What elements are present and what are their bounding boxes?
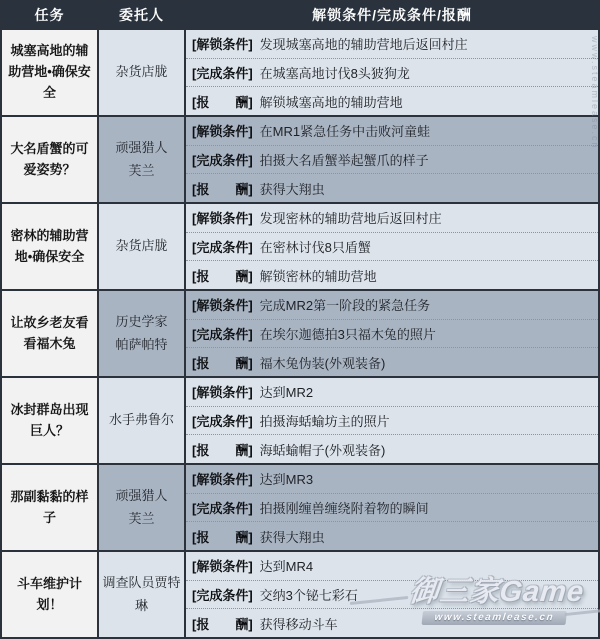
client-cell: 杂货店胧 [99, 204, 184, 289]
complete-text: 交纳3个铋七彩石 [260, 585, 358, 604]
complete-label: [完成条件] [192, 150, 253, 169]
reward-text: 解锁城塞高地的辅助营地 [260, 92, 403, 111]
conditions-cell: [解锁条件] 达到MR2 [完成条件] 拍摄海蛞蝓坊主的照片 [报 酬] 海蛞蝓… [186, 378, 598, 463]
complete-text: 在城塞高地讨伐8头狓狗龙 [260, 63, 410, 82]
unlock-label: [解锁条件] [192, 295, 253, 314]
client-name: 杂货店胧 [115, 235, 167, 257]
unlock-text: 在MR1紧急任务中击败河童蛙 [260, 121, 430, 140]
complete-text: 拍摄海蛞蝓坊主的照片 [260, 411, 390, 430]
unlock-text: 发现城塞高地的辅助营地后返回村庄 [260, 34, 468, 53]
reward-label: [报 酬] [192, 92, 253, 111]
unlock-condition: [解锁条件] 发现密林的辅助营地后返回村庄 [186, 204, 598, 232]
unlock-condition: [解锁条件] 达到MR2 [186, 378, 598, 406]
client-name: 帕萨帕特 [115, 334, 167, 356]
client-cell: 历史学家 帕萨帕特 [99, 291, 184, 376]
complete-condition: [完成条件] 交纳3个铋七彩石 [186, 580, 598, 609]
conditions-cell: [解锁条件] 达到MR4 [完成条件] 交纳3个铋七彩石 [报 酬] 获得移动斗… [186, 552, 598, 637]
reward-label: [报 酬] [192, 266, 253, 285]
task-cell: 让故乡老友看看福木兔 [2, 291, 97, 376]
reward-text: 福木兔伪装(外观装备) [260, 353, 386, 372]
reward-text: 解锁密林的辅助营地 [260, 266, 377, 285]
reward-label: [报 酬] [192, 527, 253, 546]
client-name: 水手弗鲁尔 [109, 409, 174, 431]
client-name: 历史学家 [115, 311, 167, 333]
unlock-text: 完成MR2第一阶段的紧急任务 [260, 295, 430, 314]
complete-text: 拍摄大名盾蟹举起蟹爪的样子 [260, 150, 429, 169]
reward-label: [报 酬] [192, 353, 253, 372]
unlock-label: [解锁条件] [192, 469, 253, 488]
task-cell: 斗车维护计划！ [2, 552, 97, 637]
header-client: 委托人 [99, 2, 184, 28]
reward-line: [报 酬] 获得大翔虫 [186, 521, 598, 550]
reward-line: [报 酬] 解锁城塞高地的辅助营地 [186, 86, 598, 115]
complete-label: [完成条件] [192, 63, 253, 82]
reward-line: [报 酬] 福木兔伪装(外观装备) [186, 347, 598, 376]
complete-label: [完成条件] [192, 237, 253, 256]
task-cell: 冰封群岛出现巨人？ [2, 378, 97, 463]
client-cell: 顽强猎人 芙兰 [99, 465, 184, 550]
unlock-label: [解锁条件] [192, 121, 253, 140]
client-name: 调查队员贾特琳 [102, 572, 181, 616]
header-task: 任务 [2, 2, 97, 28]
complete-condition: [完成条件] 拍摄刚缠兽缠绕附着物的瞬间 [186, 493, 598, 522]
complete-label: [完成条件] [192, 411, 253, 430]
unlock-condition: [解锁条件] 达到MR4 [186, 552, 598, 580]
complete-text: 在埃尔迦德拍3只福木兔的照片 [260, 324, 436, 343]
conditions-cell: [解锁条件] 在MR1紧急任务中击败河童蛙 [完成条件] 拍摄大名盾蟹举起蟹爪的… [186, 117, 598, 202]
conditions-cell: [解锁条件] 发现城塞高地的辅助营地后返回村庄 [完成条件] 在城塞高地讨伐8头… [186, 30, 598, 115]
unlock-condition: [解锁条件] 在MR1紧急任务中击败河童蛙 [186, 117, 598, 145]
unlock-label: [解锁条件] [192, 382, 253, 401]
complete-condition: [完成条件] 拍摄海蛞蝓坊主的照片 [186, 406, 598, 435]
unlock-condition: [解锁条件] 发现城塞高地的辅助营地后返回村庄 [186, 30, 598, 58]
complete-text: 拍摄刚缠兽缠绕附着物的瞬间 [260, 498, 429, 517]
reward-text: 海蛞蝓帽子(外观装备) [260, 440, 386, 459]
unlock-text: 发现密林的辅助营地后返回村庄 [260, 208, 442, 227]
reward-line: [报 酬] 海蛞蝓帽子(外观装备) [186, 434, 598, 463]
reward-line: [报 酬] 获得移动斗车 [186, 608, 598, 637]
reward-text: 获得移动斗车 [260, 614, 338, 633]
reward-line: [报 酬] 解锁密林的辅助营地 [186, 260, 598, 289]
client-cell: 杂货店胧 [99, 30, 184, 115]
client-cell: 顽强猎人 芙兰 [99, 117, 184, 202]
task-cell: 那副黏黏的样子 [2, 465, 97, 550]
task-cell: 密林的辅助营地•确保安全 [2, 204, 97, 289]
unlock-text: 达到MR2 [260, 382, 313, 401]
complete-condition: [完成条件] 在密林讨伐8只盾蟹 [186, 232, 598, 261]
task-cell: 城塞高地的辅助营地•确保安全 [2, 30, 97, 115]
reward-label: [报 酬] [192, 179, 253, 198]
client-name: 芙兰 [128, 160, 154, 182]
reward-label: [报 酬] [192, 614, 253, 633]
client-name: 顽强猎人 [115, 485, 167, 507]
conditions-cell: [解锁条件] 完成MR2第一阶段的紧急任务 [完成条件] 在埃尔迦德拍3只福木兔… [186, 291, 598, 376]
conditions-cell: [解锁条件] 发现密林的辅助营地后返回村庄 [完成条件] 在密林讨伐8只盾蟹 [… [186, 204, 598, 289]
unlock-label: [解锁条件] [192, 556, 253, 575]
header-conditions: 解锁条件/完成条件/报酬 [186, 2, 598, 28]
unlock-label: [解锁条件] [192, 34, 253, 53]
complete-condition: [完成条件] 在埃尔迦德拍3只福木兔的照片 [186, 319, 598, 348]
unlock-text: 达到MR4 [260, 556, 313, 575]
reward-text: 获得大翔虫 [260, 179, 325, 198]
task-cell: 大名盾蟹的可爱姿势？ [2, 117, 97, 202]
complete-text: 在密林讨伐8只盾蟹 [260, 237, 371, 256]
unlock-text: 达到MR3 [260, 469, 313, 488]
quest-table: 任务 委托人 解锁条件/完成条件/报酬 城塞高地的辅助营地•确保安全 杂货店胧 … [0, 0, 600, 639]
complete-condition: [完成条件] 拍摄大名盾蟹举起蟹爪的样子 [186, 145, 598, 174]
client-name: 顽强猎人 [115, 137, 167, 159]
reward-line: [报 酬] 获得大翔虫 [186, 173, 598, 202]
unlock-condition: [解锁条件] 完成MR2第一阶段的紧急任务 [186, 291, 598, 319]
complete-condition: [完成条件] 在城塞高地讨伐8头狓狗龙 [186, 58, 598, 87]
client-name: 芙兰 [128, 508, 154, 530]
quest-table-page: 任务 委托人 解锁条件/完成条件/报酬 城塞高地的辅助营地•确保安全 杂货店胧 … [0, 0, 600, 639]
complete-label: [完成条件] [192, 498, 253, 517]
complete-label: [完成条件] [192, 324, 253, 343]
client-name: 杂货店胧 [115, 61, 167, 83]
conditions-cell: [解锁条件] 达到MR3 [完成条件] 拍摄刚缠兽缠绕附着物的瞬间 [报 酬] … [186, 465, 598, 550]
client-cell: 调查队员贾特琳 [99, 552, 184, 637]
complete-label: [完成条件] [192, 585, 253, 604]
client-cell: 水手弗鲁尔 [99, 378, 184, 463]
unlock-condition: [解锁条件] 达到MR3 [186, 465, 598, 493]
reward-text: 获得大翔虫 [260, 527, 325, 546]
reward-label: [报 酬] [192, 440, 253, 459]
unlock-label: [解锁条件] [192, 208, 253, 227]
